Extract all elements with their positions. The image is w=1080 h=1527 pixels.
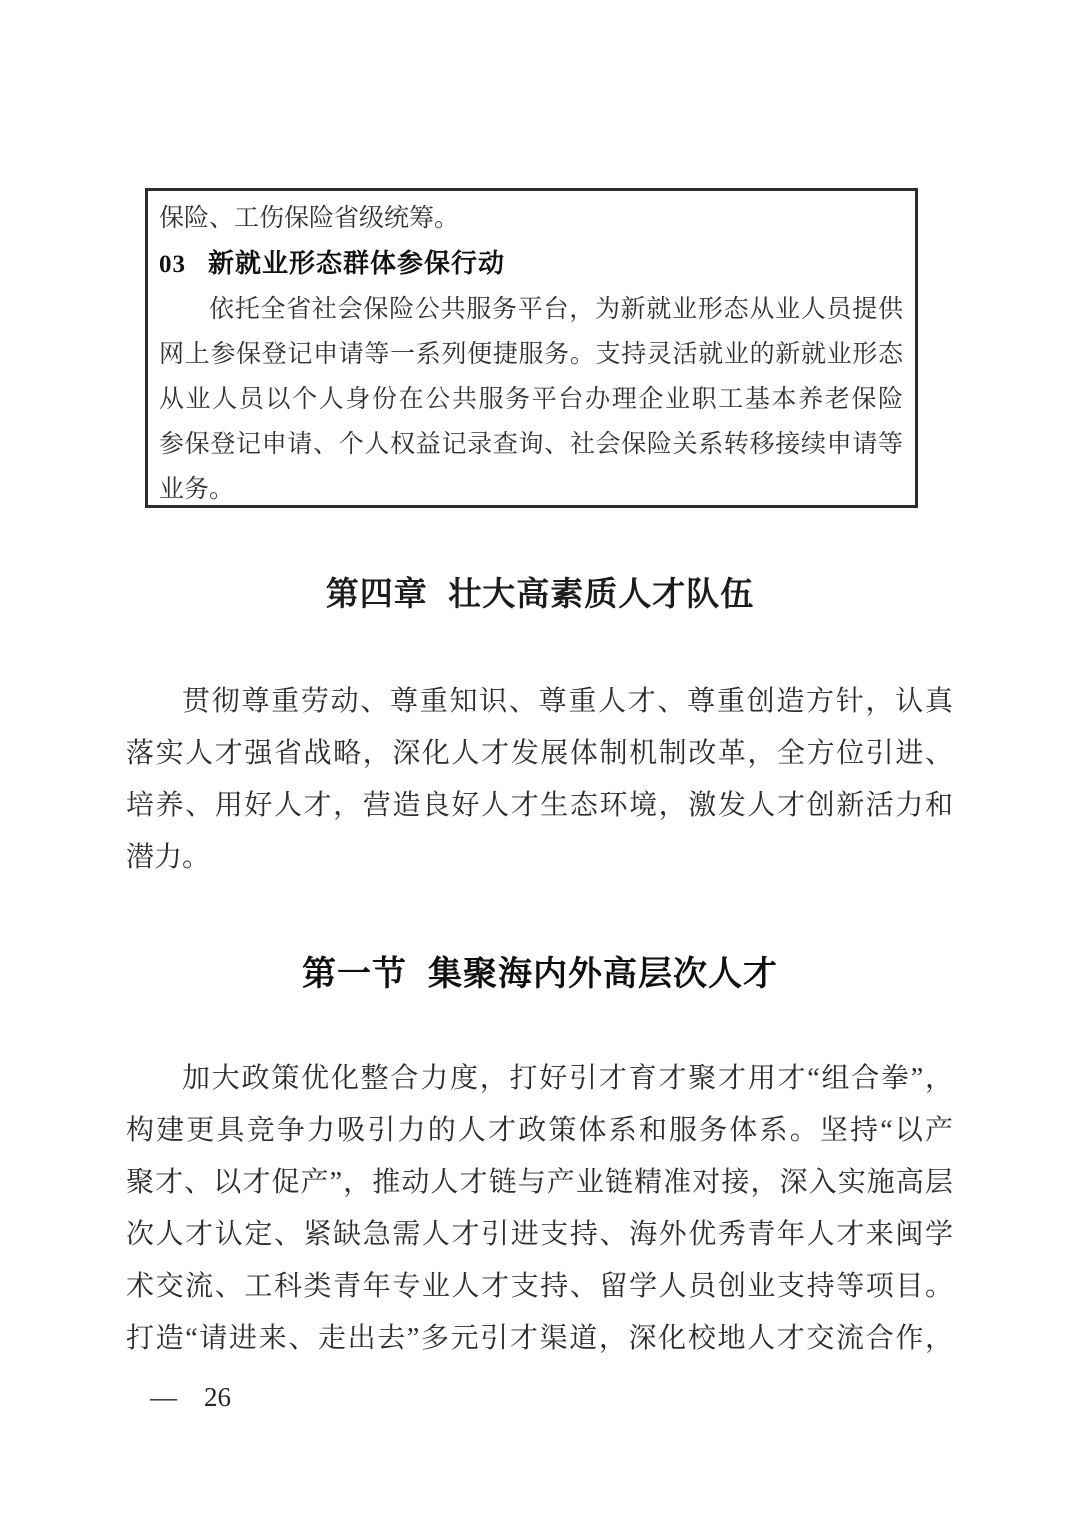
page-number: 26 — [204, 1380, 231, 1414]
text-line: 加大政策优化整合力度，打好引才育才聚才用才“组合拳”， — [126, 1053, 953, 1105]
text-line: 贯彻尊重劳动、尊重知识、尊重人才、尊重创造方针，认真 — [126, 676, 953, 728]
callout-item-heading: 03 新就业形态群体参保行动 — [159, 241, 903, 287]
section-title: 集聚海内外高层次人才 — [428, 955, 778, 993]
text-line: 打造“请进来、走出去”多元引才渠道，深化校地人才交流合作， — [126, 1313, 953, 1365]
text-line: 构建更具竞争力吸引力的人才政策体系和服务体系。坚持“以产 — [126, 1105, 953, 1157]
text-line: 培养、用好人才，营造良好人才生态环境，激发人才创新活力和 — [126, 780, 953, 832]
section-number: 第一节 — [302, 955, 407, 993]
text-line: 业务。 — [159, 467, 903, 512]
text-line: 网上参保登记申请等一系列便捷服务。支持灵活就业的新就业形态 — [159, 332, 903, 377]
text-line: 术交流、工科类青年专业人才支持、留学人员创业支持等项目。 — [126, 1261, 953, 1313]
callout-body: 依托全省社会保险公共服务平台，为新就业形态从业人员提供网上参保登记申请等一系列便… — [159, 287, 903, 512]
page-number-dash: — — [150, 1380, 177, 1414]
chapter-heading: 第四章壮大高素质人才队伍 — [0, 568, 1080, 615]
text-line: 聚才、以才促产”，推动人才链与产业链精准对接，深入实施高层 — [126, 1157, 953, 1209]
callout-lead-line: 保险、工伤保险省级统筹。 — [159, 196, 903, 241]
text-line: 参保登记申请、个人权益记录查询、社会保险关系转移接续申请等 — [159, 422, 903, 467]
document-page: 保险、工伤保险省级统筹。 03 新就业形态群体参保行动 依托全省社会保险公共服务… — [0, 0, 1080, 1527]
text-line: 潜力。 — [126, 832, 953, 884]
text-line: 依托全省社会保险公共服务平台，为新就业形态从业人员提供 — [159, 287, 903, 332]
callout-item-number: 03 — [159, 242, 186, 287]
text-line: 落实人才强省战略，深化人才发展体制机制改革，全方位引进、 — [126, 728, 953, 780]
callout-box: 保险、工伤保险省级统筹。 03 新就业形态群体参保行动 依托全省社会保险公共服务… — [145, 188, 918, 508]
paragraph-first: 贯彻尊重劳动、尊重知识、尊重人才、尊重创造方针，认真落实人才强省战略，深化人才发… — [126, 676, 953, 884]
callout-item-title: 新就业形态群体参保行动 — [208, 241, 505, 286]
section-heading: 第一节集聚海内外高层次人才 — [0, 946, 1080, 995]
paragraph-second: 加大政策优化整合力度，打好引才育才聚才用才“组合拳”，构建更具竞争力吸引力的人才… — [126, 1053, 953, 1365]
chapter-number: 第四章 — [326, 575, 428, 612]
chapter-title: 壮大高素质人才队伍 — [448, 575, 754, 612]
text-line: 次人才认定、紧缺急需人才引进支持、海外优秀青年人才来闽学 — [126, 1209, 953, 1261]
text-line: 从业人员以个人身份在公共服务平台办理企业职工基本养老保险 — [159, 377, 903, 422]
page-footer: — 26 — [150, 1380, 231, 1414]
